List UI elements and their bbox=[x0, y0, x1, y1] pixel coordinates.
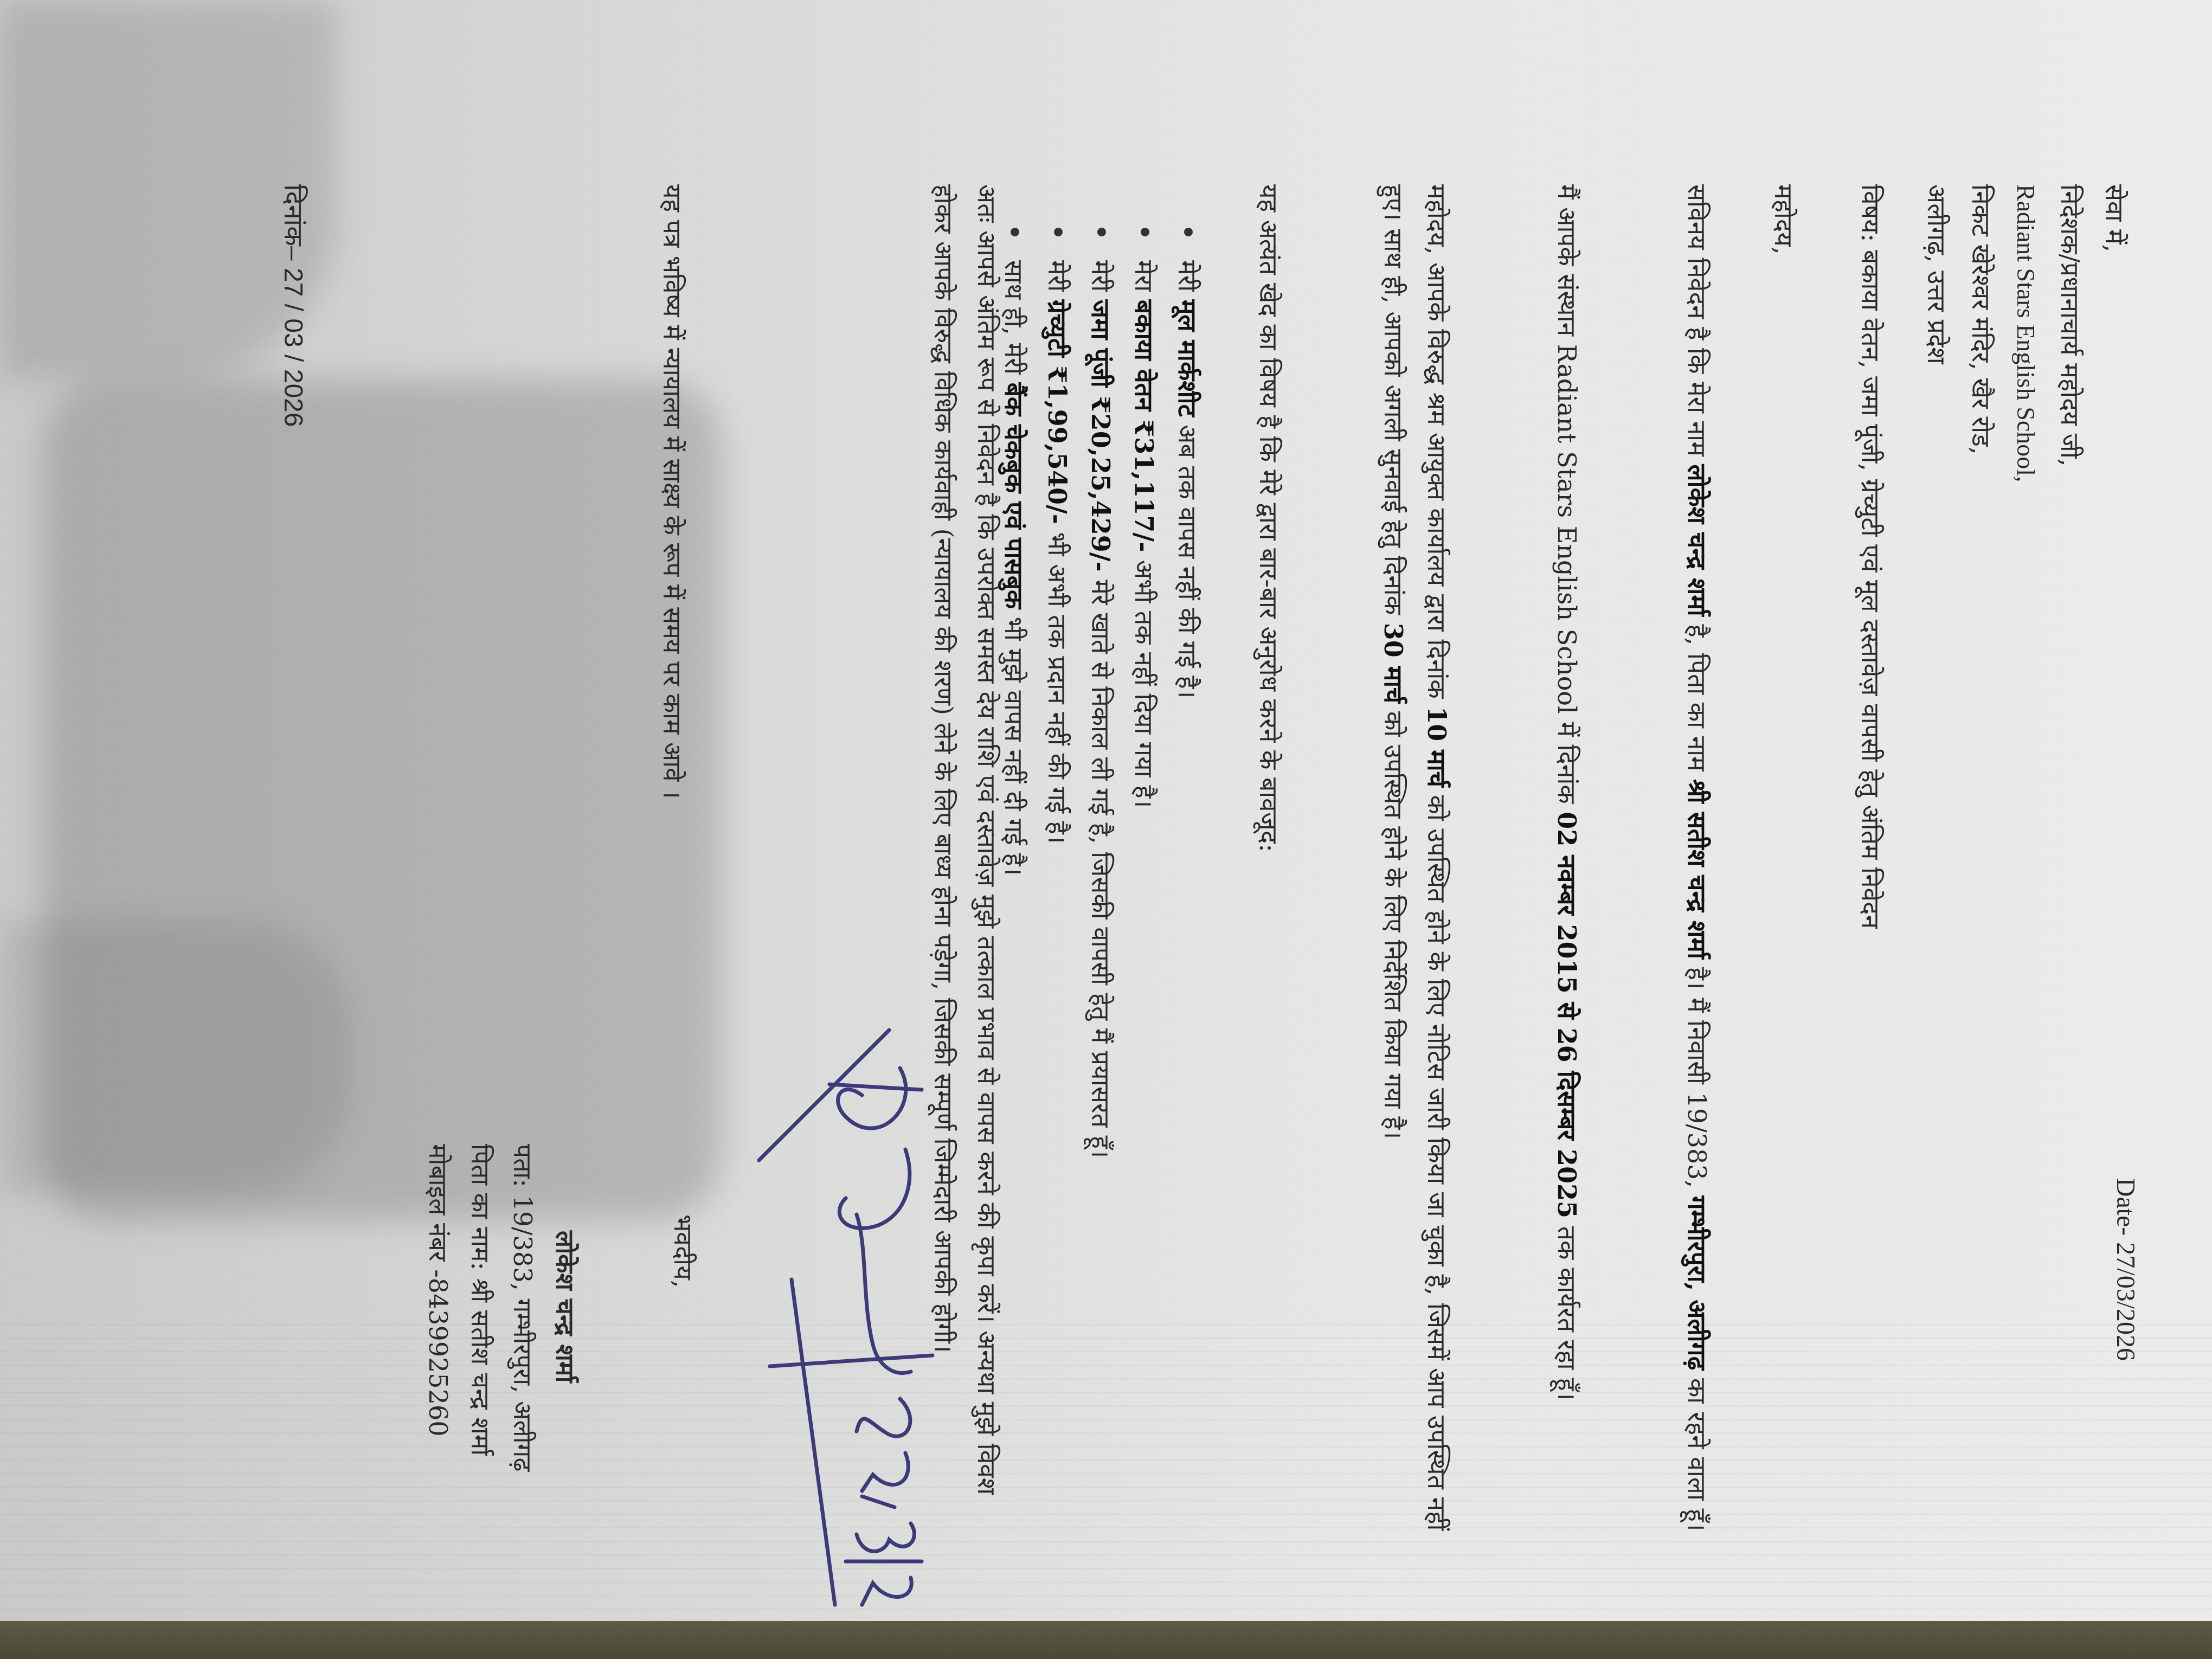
text: मेरी bbox=[1173, 260, 1202, 300]
employment-period: 02 नवम्बर 2015 से 26 दिसम्बर 2025 bbox=[1552, 812, 1581, 1218]
list-item: मेरी मूल मार्कशीट अब तक वापस नहीं की गई … bbox=[1166, 228, 1209, 1594]
text: सविनय निवेदन है कि मेरा नाम bbox=[1682, 184, 1712, 464]
salutation: महोदय, bbox=[1762, 184, 1805, 1551]
text: मेरे खाते से निकाल ली गई है, जिसकी वापसी… bbox=[1086, 572, 1115, 1159]
dues-list: मेरी मूल मार्कशीट अब तक वापस नहीं की गई … bbox=[992, 228, 1209, 1594]
signatory-name: लोकेश चन्द्र शर्मा bbox=[544, 1231, 587, 1578]
recipient-institution: Radiant Stars English School, bbox=[2003, 184, 2047, 1551]
text: मैं आपके संस्थान Radiant Stars English S… bbox=[1552, 184, 1581, 812]
text: का रहने वाला हूँ। bbox=[1682, 1370, 1712, 1531]
closing-phrase: भवदीय, bbox=[663, 1214, 705, 1578]
item-highlight: ग्रेच्युटी ₹1,99,540/- bbox=[1043, 300, 1072, 524]
item-highlight: मूल मार्कशीट bbox=[1173, 300, 1202, 417]
list-item: मेरी जमा पूंजी ₹20,25,429/- मेरे खाते से… bbox=[1079, 228, 1122, 1594]
text: अभी तक नहीं दिया गया है। bbox=[1129, 552, 1159, 808]
father-name: श्री सतीश चन्द्र शर्मा bbox=[1682, 779, 1712, 959]
recipient-landmark: निकट खेरेश्वर मंदिर, खैर रोड, bbox=[1958, 184, 2003, 1551]
paragraph-labour-notice: महोदय, आपके विरुद्ध श्रम आयुक्त कार्यालय… bbox=[1372, 184, 1458, 1551]
locality: गम्भीरपुरा, अलीगढ़ bbox=[1682, 1196, 1712, 1371]
signatory-mobile: मोबाइल नंबर -8439925260 bbox=[417, 1144, 460, 1578]
text: मेरी bbox=[1043, 260, 1072, 300]
text: मेरा bbox=[1129, 260, 1159, 300]
subject-line: विषय: बकाया वेतन, जमा पूंजी, ग्रेच्युटी … bbox=[1849, 184, 1892, 1551]
text: भी अभी तक प्रदान नहीं की गई है। bbox=[1043, 524, 1072, 844]
notice-date: 10 मार्च bbox=[1422, 706, 1451, 787]
text: है, पिता का नाम bbox=[1682, 616, 1712, 780]
item-highlight: बकाया वेतन ₹31,117/- bbox=[1129, 300, 1159, 552]
greeting-to: सेवा में, bbox=[2092, 184, 2136, 1551]
text: तक कार्यरत रहा हूँ। bbox=[1552, 1218, 1581, 1400]
recipient-city: अलीगढ़, उत्तर प्रदेश bbox=[1914, 184, 1958, 1551]
letter: Date- 27/03/2026 सेवा में, निदेशक/प्रधान… bbox=[173, 70, 2179, 1589]
text: महोदय, आपके विरुद्ध श्रम आयुक्त कार्यालय… bbox=[1422, 184, 1451, 706]
text: मेरी bbox=[1086, 260, 1115, 300]
paragraph-employment: मैं आपके संस्थान Radiant Stars English S… bbox=[1545, 184, 1589, 1551]
list-item: मेरी ग्रेच्युटी ₹1,99,540/- भी अभी तक प्… bbox=[1036, 228, 1079, 1594]
bottom-date: दिनांक– 27 / 03 / 2026 bbox=[271, 184, 314, 427]
paragraph-regret: यह अत्यंत खेद का विषय है कि मेरे द्वारा … bbox=[1247, 184, 1290, 1551]
paper-sheet: Date- 27/03/2026 सेवा में, निदेशक/प्रधान… bbox=[0, 0, 2212, 1621]
list-item: मेरा बकाया वेतन ₹31,117/- अभी तक नहीं दि… bbox=[1122, 228, 1166, 1594]
item-highlight: जमा पूंजी ₹20,25,429/- bbox=[1086, 300, 1115, 572]
paragraph-intro: सविनय निवेदन है कि मेरा नाम लोकेश चन्द्र… bbox=[1675, 184, 1719, 1551]
recipient-designation: निदेशक/प्रधानाचार्य महोदय जी, bbox=[2047, 184, 2092, 1551]
floor-background bbox=[0, 1621, 2212, 1659]
recipient-address: सेवा में, निदेशक/प्रधानाचार्य महोदय जी, … bbox=[1914, 184, 2136, 1551]
signatory-address: पता: 19/383, गम्भीरपुरा, अलीगढ़ bbox=[502, 1144, 544, 1578]
signatory-father: पिता का नाम: श्री सतीश चन्द्र शर्मा bbox=[460, 1144, 502, 1578]
hearing-date: 30 मार्च bbox=[1379, 623, 1408, 704]
sender-name: लोकेश चन्द्र शर्मा bbox=[1682, 464, 1712, 616]
text: है। मैं निवासी 19/383, bbox=[1682, 959, 1712, 1196]
text: को उपस्थित होने के लिए निर्देशित किया गय… bbox=[1379, 703, 1408, 1139]
closing-block: भवदीय, लोकेश चन्द्र शर्मा पता: 19/383, ग… bbox=[417, 1144, 824, 1578]
text: अब तक वापस नहीं की गई है। bbox=[1173, 417, 1202, 698]
